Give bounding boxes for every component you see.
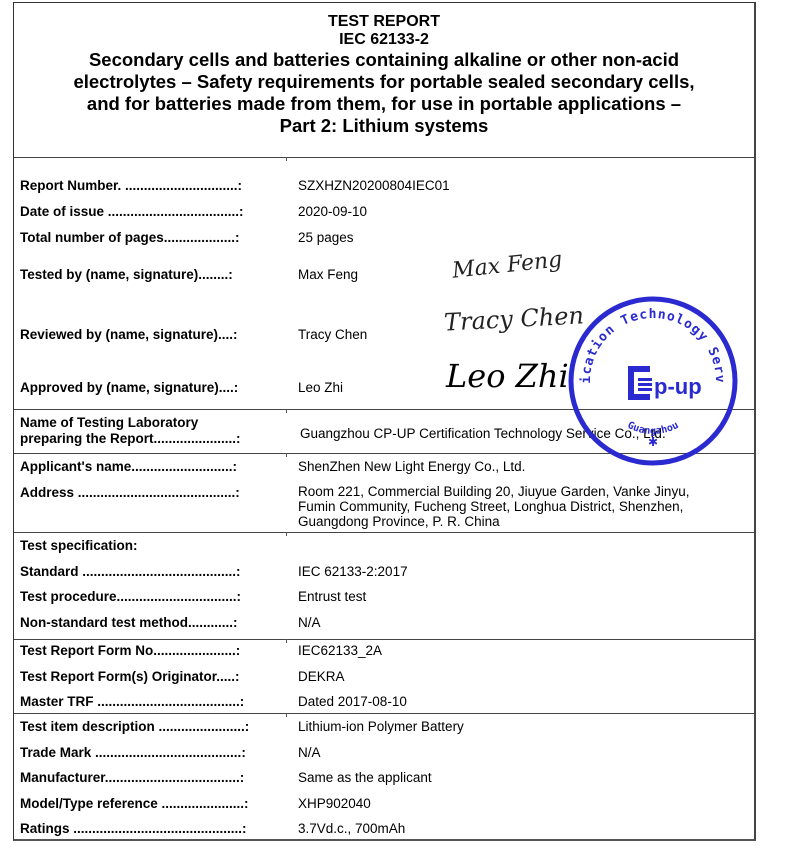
manufacturer-value: Same as the applicant bbox=[298, 770, 432, 786]
test-item-description-value: Lithium-ion Polymer Battery bbox=[298, 719, 464, 735]
master-trf-label: Master TRF .............................… bbox=[20, 694, 244, 710]
test-procedure-value: Entrust test bbox=[298, 589, 366, 605]
laboratory-label-line2: preparing the Report....................… bbox=[20, 431, 241, 447]
report-number-row: Report Number. .........................… bbox=[14, 178, 754, 198]
report-header: TEST REPORT IEC 62133-2 Secondary cells … bbox=[14, 3, 754, 158]
test-specification-heading: Test specification: bbox=[20, 538, 138, 554]
report-description-line: Secondary cells and batteries containing… bbox=[14, 49, 754, 71]
reviewed-by-label: Reviewed by (name, signature)....: bbox=[20, 327, 238, 343]
ratings-value: 3.7Vd.c., 700mAh bbox=[298, 821, 405, 837]
applicant-name-value: ShenZhen New Light Energy Co., Ltd. bbox=[298, 459, 525, 475]
test-item-description-label: Test item description ..................… bbox=[20, 719, 249, 735]
model-reference-label: Model/Type reference ...................… bbox=[20, 796, 249, 812]
address-line: Guangdong Province, P. R. China bbox=[298, 514, 500, 530]
trf-section: Test Report Form No.....................… bbox=[14, 639, 754, 714]
trade-mark-label: Trade Mark .............................… bbox=[20, 745, 246, 761]
test-procedure-label: Test procedure..........................… bbox=[20, 589, 241, 605]
date-of-issue-label: Date of issue ..........................… bbox=[20, 204, 244, 220]
standard-label: Standard ...............................… bbox=[20, 564, 241, 580]
report-description-line: and for batteries made from them, for us… bbox=[14, 93, 754, 115]
trf-originator-label: Test Report Form(s) Originator.....: bbox=[20, 669, 240, 685]
test-item-section: Test item description ..................… bbox=[14, 713, 754, 840]
applicant-name-label: Applicant's name........................… bbox=[20, 459, 237, 475]
address-label: Address ................................… bbox=[20, 485, 240, 501]
signature-approved-by: Leo Zhi bbox=[446, 357, 569, 395]
report-number-label: Report Number. .........................… bbox=[20, 178, 242, 194]
model-reference-value: XHP902040 bbox=[298, 796, 371, 812]
test-specification-section: Test specification: Standard ...........… bbox=[14, 532, 754, 640]
tested-by-row: Tested by (name, signature)........: Max… bbox=[14, 267, 754, 287]
report-description-line: Part 2: Lithium systems bbox=[14, 115, 754, 137]
date-of-issue-row: Date of issue ..........................… bbox=[14, 204, 754, 224]
report-description-line: electrolytes – Safety requirements for p… bbox=[14, 71, 754, 93]
total-pages-row: Total number of pages...................… bbox=[14, 230, 754, 250]
svg-text:✱: ✱ bbox=[648, 435, 658, 449]
address-line: Fumin Community, Fucheng Street, Longhua… bbox=[298, 499, 683, 515]
tested-by-label: Tested by (name, signature)........: bbox=[20, 267, 233, 283]
approved-by-value: Leo Zhi bbox=[298, 380, 343, 396]
reviewed-by-value: Tracy Chen bbox=[298, 327, 367, 343]
non-standard-method-value: N/A bbox=[298, 615, 321, 631]
trf-form-no-label: Test Report Form No.....................… bbox=[20, 643, 240, 659]
report-standard: IEC 62133-2 bbox=[14, 31, 754, 49]
date-of-issue-value: 2020-09-10 bbox=[298, 204, 367, 220]
approved-by-label: Approved by (name, signature)....: bbox=[20, 380, 238, 396]
manufacturer-label: Manufacturer............................… bbox=[20, 770, 244, 786]
master-trf-value: Dated 2017-08-10 bbox=[298, 694, 407, 710]
ratings-label: Ratings ................................… bbox=[20, 821, 247, 837]
total-pages-value: 25 pages bbox=[298, 230, 354, 246]
report-number-value: SZXHZN20200804IEC01 bbox=[298, 178, 450, 194]
trf-form-no-value: IEC62133_2A bbox=[298, 643, 382, 659]
trf-originator-value: DEKRA bbox=[298, 669, 345, 685]
tested-by-value: Max Feng bbox=[298, 267, 358, 283]
laboratory-label-line1: Name of Testing Laboratory bbox=[20, 415, 198, 431]
company-stamp: CP-UP Certification Technology Service C… bbox=[568, 296, 738, 466]
svg-text:p-up: p-up bbox=[654, 374, 702, 399]
report-title: TEST REPORT bbox=[14, 13, 754, 31]
non-standard-method-label: Non-standard test method............: bbox=[20, 615, 238, 631]
standard-value: IEC 62133-2:2017 bbox=[298, 564, 408, 580]
address-line: Room 221, Commercial Building 20, Jiuyue… bbox=[298, 484, 689, 500]
total-pages-label: Total number of pages...................… bbox=[20, 230, 240, 246]
trade-mark-value: N/A bbox=[298, 745, 321, 761]
